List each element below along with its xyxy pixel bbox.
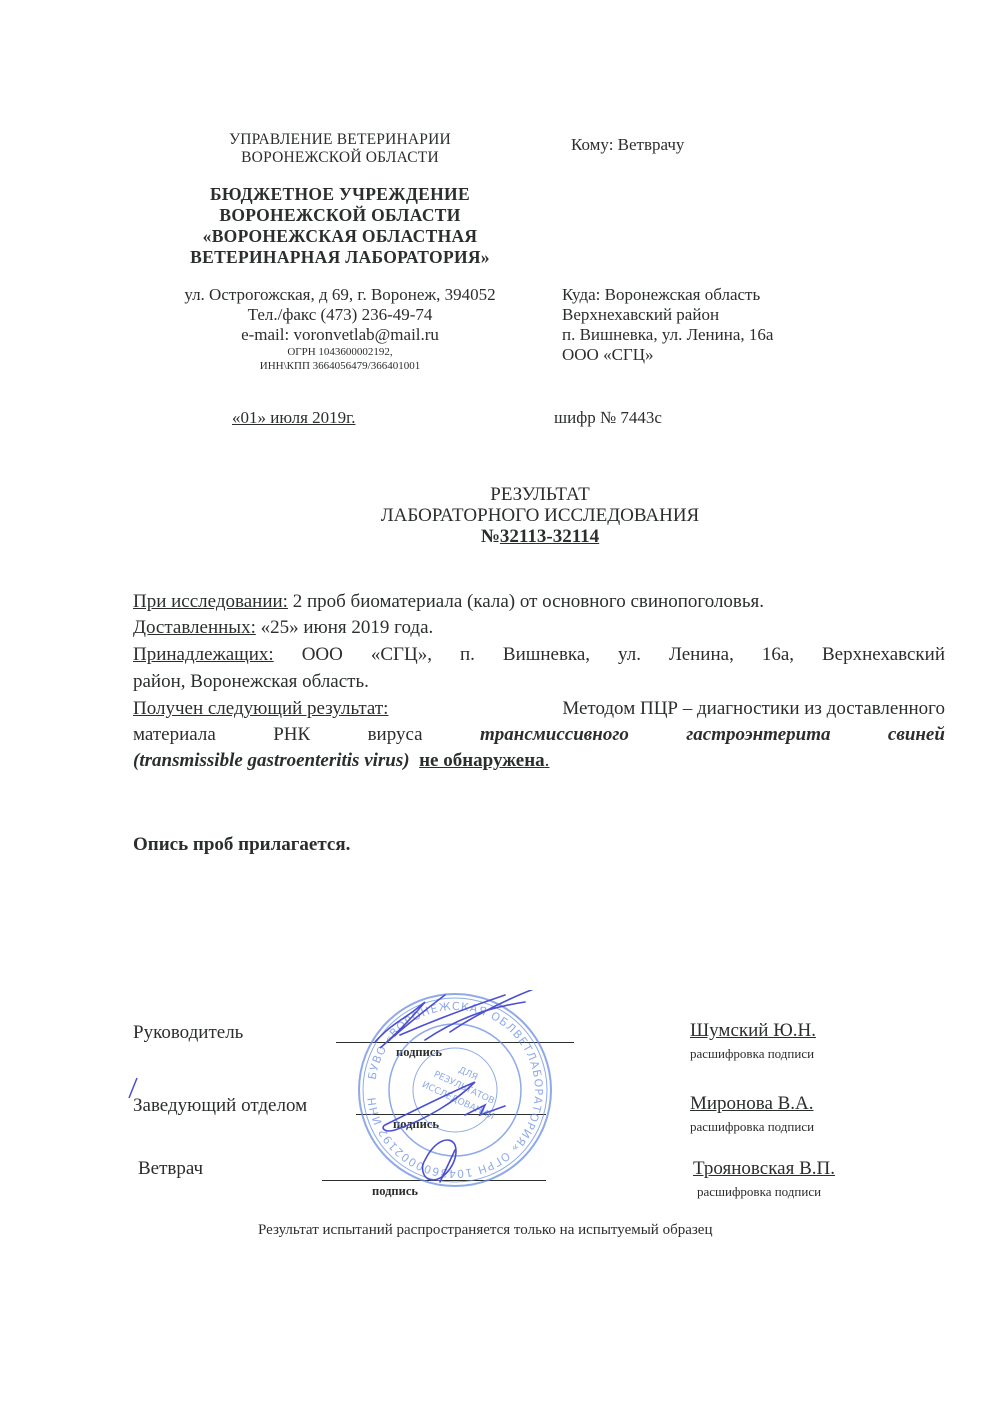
svg-text:ДЛЯ: ДЛЯ [457,1065,479,1083]
signature-caption-2: подпись [393,1117,439,1132]
org-line-3: «ВОРОНЕЖСКАЯ ОБЛАСТНАЯ [150,226,530,247]
org-ogrn: ОГРН 1043600002192, [130,345,550,359]
owner-label: Принадлежащих: [133,643,274,666]
virus-name-2: гастроэнтерита [686,723,830,746]
name-caption-2: расшифровка подписи [690,1119,814,1135]
report-number: 32113-32114 [500,526,599,547]
signature-caption-3: подпись [372,1184,418,1199]
svg-text:ИССЛЕДОВАНИЙ: ИССЛЕДОВАНИЙ [420,1078,496,1122]
agency-name: УПРАВЛЕНИЕ ВЕТЕРИНАРИИ ВОРОНЕЖСКОЙ ОБЛАС… [180,131,500,167]
virus-latin-name: (transmissible gastroenteritis virus) [133,750,410,771]
result-line-2: материала РНК вируса трансмиссивного гас… [133,723,945,746]
delivered-line: Доставленных: «25» июня 2019 года. [133,616,945,639]
title-line-1: РЕЗУЛЬТАТ [240,484,840,505]
signature-role-1: Руководитель [133,1022,243,1044]
organization-name: БЮДЖЕТНОЕ УЧРЕЖДЕНИЕ ВОРОНЕЖСКОЙ ОБЛАСТИ… [150,184,530,268]
signatory-name-1: Шумский Ю.Н. [690,1020,816,1042]
name-caption-1: расшифровка подписи [690,1046,814,1062]
signatory-name-2: Миронова В.А. [690,1093,814,1115]
org-line-1: БЮДЖЕТНОЕ УЧРЕЖДЕНИЕ [150,184,530,205]
study-line: При исследовании: 2 проб биоматериала (к… [133,590,945,613]
result-label: Получен следующий результат: [133,697,388,720]
owner-line-2: район, Воронежская область. [133,670,945,693]
signature-line-2 [356,1114,546,1115]
official-stamp-icon: БУВО «ВОРОНЕЖСКАЯ ОБЛВЕТЛАБОРАТОРИЯ» ОГР… [355,990,555,1190]
recipient-to: Кому: Ветврачу [571,135,684,155]
svg-text:БУВО «ВОРОНЕЖСКАЯ ОБЛВЕТЛАБОРА: БУВО «ВОРОНЕЖСКАЯ ОБЛВЕТЛАБОРАТОРИЯ» ОГР… [355,990,545,1180]
signatory-name-3: Трояновская В.П. [693,1158,835,1180]
pen-mark-icon [127,1076,139,1100]
svg-text:РЕЗУЛЬТАТОВ: РЕЗУЛЬТАТОВ [432,1070,496,1107]
study-text: 2 проб биоматериала (кала) от основного … [288,591,764,612]
org-email: e-mail: voronvetlab@mail.ru [130,325,550,345]
owner-line: Принадлежащих: ООО «СГЦ», п. Вишневка, у… [133,643,945,666]
signature-caption-1: подпись [396,1045,442,1060]
recipient-address: Куда: Воронежская область Верхнехавский … [562,285,773,365]
signature-line-3 [322,1180,546,1181]
result-verdict: не обнаружена [419,750,545,771]
name-caption-3: расшифровка подписи [697,1184,821,1200]
recipient-line-3: п. Вишневка, ул. Ленина, 16а [562,325,773,345]
sample-code: шифр № 7443с [554,408,662,428]
org-inn: ИНН\КПП 3664056479/366401001 [130,359,550,373]
signature-role-3: Ветврач [138,1158,203,1180]
document-title: РЕЗУЛЬТАТ ЛАБОРАТОРНОГО ИССЛЕДОВАНИЯ №32… [240,484,840,547]
agency-line-1: УПРАВЛЕНИЕ ВЕТЕРИНАРИИ [180,131,500,149]
recipient-line-1: Куда: Воронежская область [562,285,773,305]
study-label: При исследовании: [133,591,288,612]
agency-line-2: ВОРОНЕЖСКОЙ ОБЛАСТИ [180,149,500,167]
org-phone: Тел./факс (473) 236-49-74 [130,305,550,325]
delivered-label: Доставленных: [133,617,256,638]
result-line-3: (transmissible gastroenteritis virus) не… [133,749,945,772]
org-address: ул. Острогожская, д 69, г. Воронеж, 3940… [130,285,550,305]
signature-role-2: Заведующий отделом [133,1095,307,1117]
footer-note: Результат испытаний распространяется тол… [258,1222,712,1239]
title-line-2: ЛАБОРАТОРНОГО ИССЛЕДОВАНИЯ [240,505,840,526]
recipient-line-4: ООО «СГЦ» [562,345,773,365]
delivered-text: «25» июня 2019 года. [256,617,433,638]
result-line: Получен следующий результат: Методом ПЦР… [133,697,945,720]
organization-contacts: ул. Острогожская, д 69, г. Воронеж, 3940… [130,285,550,373]
title-number: №32113-32114 [240,526,840,547]
virus-name-3: свиней [888,723,945,746]
signature-line-1 [336,1042,574,1043]
org-line-2: ВОРОНЕЖСКОЙ ОБЛАСТИ [150,205,530,226]
virus-name-1: трансмиссивного [480,723,629,746]
document-date: «01» июля 2019г. [232,408,355,428]
org-line-4: ВЕТЕРИНАРНАЯ ЛАБОРАТОРИЯ» [150,247,530,268]
recipient-line-2: Верхнехавский район [562,305,773,325]
attachment-note: Опись проб прилагается. [133,833,350,856]
result-text: Методом ПЦР – диагностики из доставленно… [562,697,945,720]
